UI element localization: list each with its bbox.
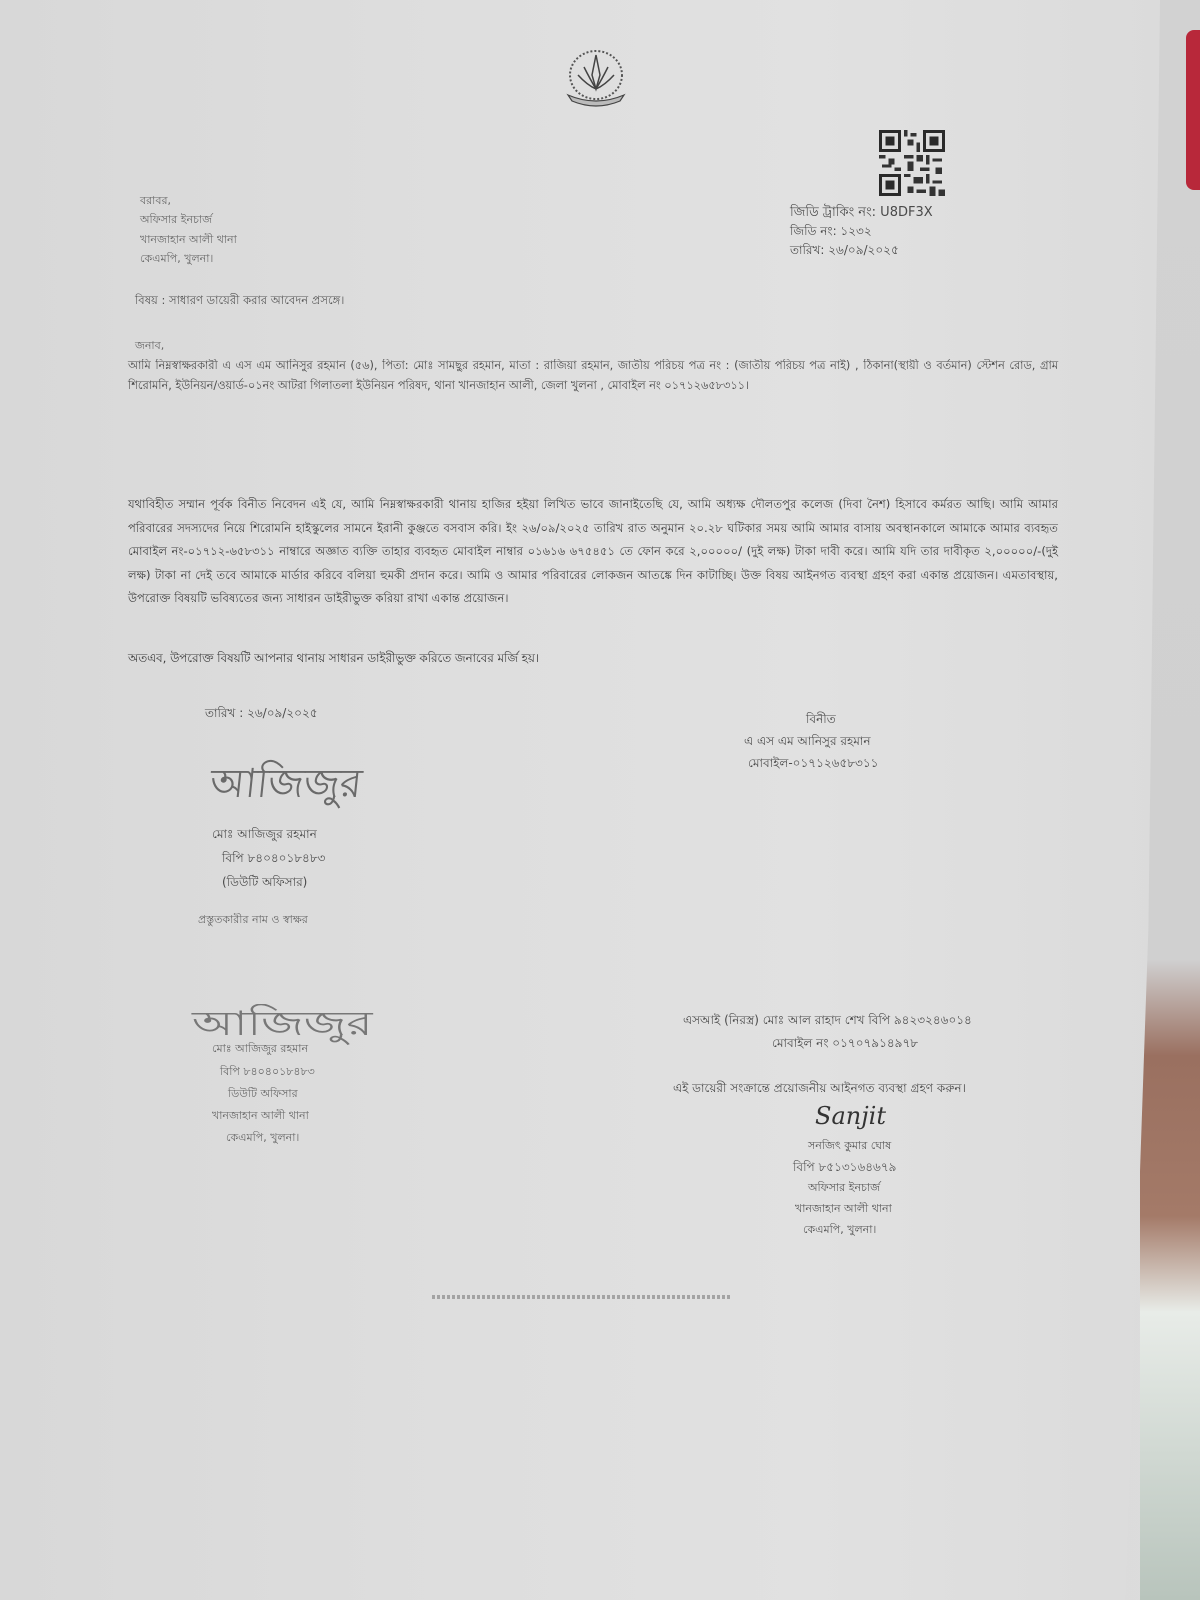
preparer-bp: বিপি ৮৪০৪০১৮৪৮৩ xyxy=(222,852,325,865)
oc-seal-line: অফিসার ইনচার্জ xyxy=(808,1182,880,1194)
closing-paragraph: অতএব, উপরোক্ত বিষয়টি আপনার থানায় সাধার… xyxy=(128,652,539,665)
background-red-object xyxy=(1186,30,1200,190)
subject-line: বিষয় : সাধারণ ডায়েরী করার আবেদন প্রসঙ্… xyxy=(135,294,344,307)
duty-officer-seal-line: খানজাহান আলী থানা xyxy=(212,1110,309,1122)
gd-date: তারিখ: ২৬/০৯/২০২৫ xyxy=(790,244,899,257)
gd-tracking-number: জিডি ট্রাকিং নং: U8DF3X xyxy=(790,206,933,220)
instruction-line: এই ডায়েরী সংক্রান্তে প্রয়োজনীয় আইনগত … xyxy=(673,1082,966,1095)
duty-officer-seal-line: কেএমপি, খুলনা। xyxy=(226,1132,299,1144)
preparer-caption: প্রস্তুতকারীর নাম ও স্বাক্ষর xyxy=(198,914,308,926)
preparer-signature: আজিজুর xyxy=(206,752,365,819)
main-paragraph: যথাবিহীত সম্মান পূর্বক বিনীত নিবেদন এই য… xyxy=(128,493,1058,611)
police-emblem-icon xyxy=(560,45,632,109)
recipient-line: অফিসার ইনচার্জ xyxy=(140,214,212,226)
applicant-name: এ এস এম আনিসুর রহমান xyxy=(744,735,871,748)
oc-seal-line: বিপি ৮৫১৩১৬৪৬৭৯ xyxy=(793,1161,896,1174)
salutation: জনাব, xyxy=(135,340,164,352)
recipient-line: বরাবর, xyxy=(140,195,171,207)
qr-code-icon xyxy=(877,130,947,196)
duty-officer-seal-line: বিপি ৮৪০৪০১৮৪৮৩ xyxy=(220,1066,315,1078)
oc-seal-line: কেএমপি, খুলনা। xyxy=(803,1224,876,1236)
oc-seal-line: খানজাহান আলী থানা xyxy=(795,1203,892,1215)
gd-number: জিডি নং: ১২৩২ xyxy=(790,225,872,238)
assigned-officer-line: এসআই (নিরস্ত্র) মোঃ আল রাহাদ শেখ বিপি ৯৪… xyxy=(683,1014,972,1027)
application-date: তারিখ : ২৬/০৯/২০২৫ xyxy=(205,707,318,720)
paper-sheet: জিডি ট্রাকিং নং: U8DF3X জিডি নং: ১২৩২ তা… xyxy=(0,0,1160,1600)
assigned-officer-mobile: মোবাইল নং ০১৭০৭৯১৪৯৭৮ xyxy=(772,1037,918,1050)
duty-officer-seal-line: মোঃ আজিজুর রহমান xyxy=(212,1043,308,1055)
preparer-name: মোঃ আজিজুর রহমান xyxy=(212,828,317,841)
applicant-mobile: মোবাইল-০১৭১২৬৫৮৩১১ xyxy=(748,757,878,770)
intro-paragraph: আমি নিম্নস্বাক্ষরকারী এ এস এম আনিসুর রহম… xyxy=(128,356,1058,396)
preparer-role: (ডিউটি অফিসার) xyxy=(222,876,307,889)
applicant-closing: বিনীত xyxy=(806,713,836,726)
recipient-line: খানজাহান আলী থানা xyxy=(140,234,237,246)
footer-fine-print xyxy=(432,1295,732,1299)
recipient-line: কেএমপি, খুলনা। xyxy=(140,253,213,265)
oc-seal-line: সনজিৎ কুমার ঘোষ xyxy=(808,1140,891,1152)
duty-officer-seal-line: ডিউটি অফিসার xyxy=(228,1088,298,1100)
oc-signature: Sanjit xyxy=(815,1102,886,1130)
